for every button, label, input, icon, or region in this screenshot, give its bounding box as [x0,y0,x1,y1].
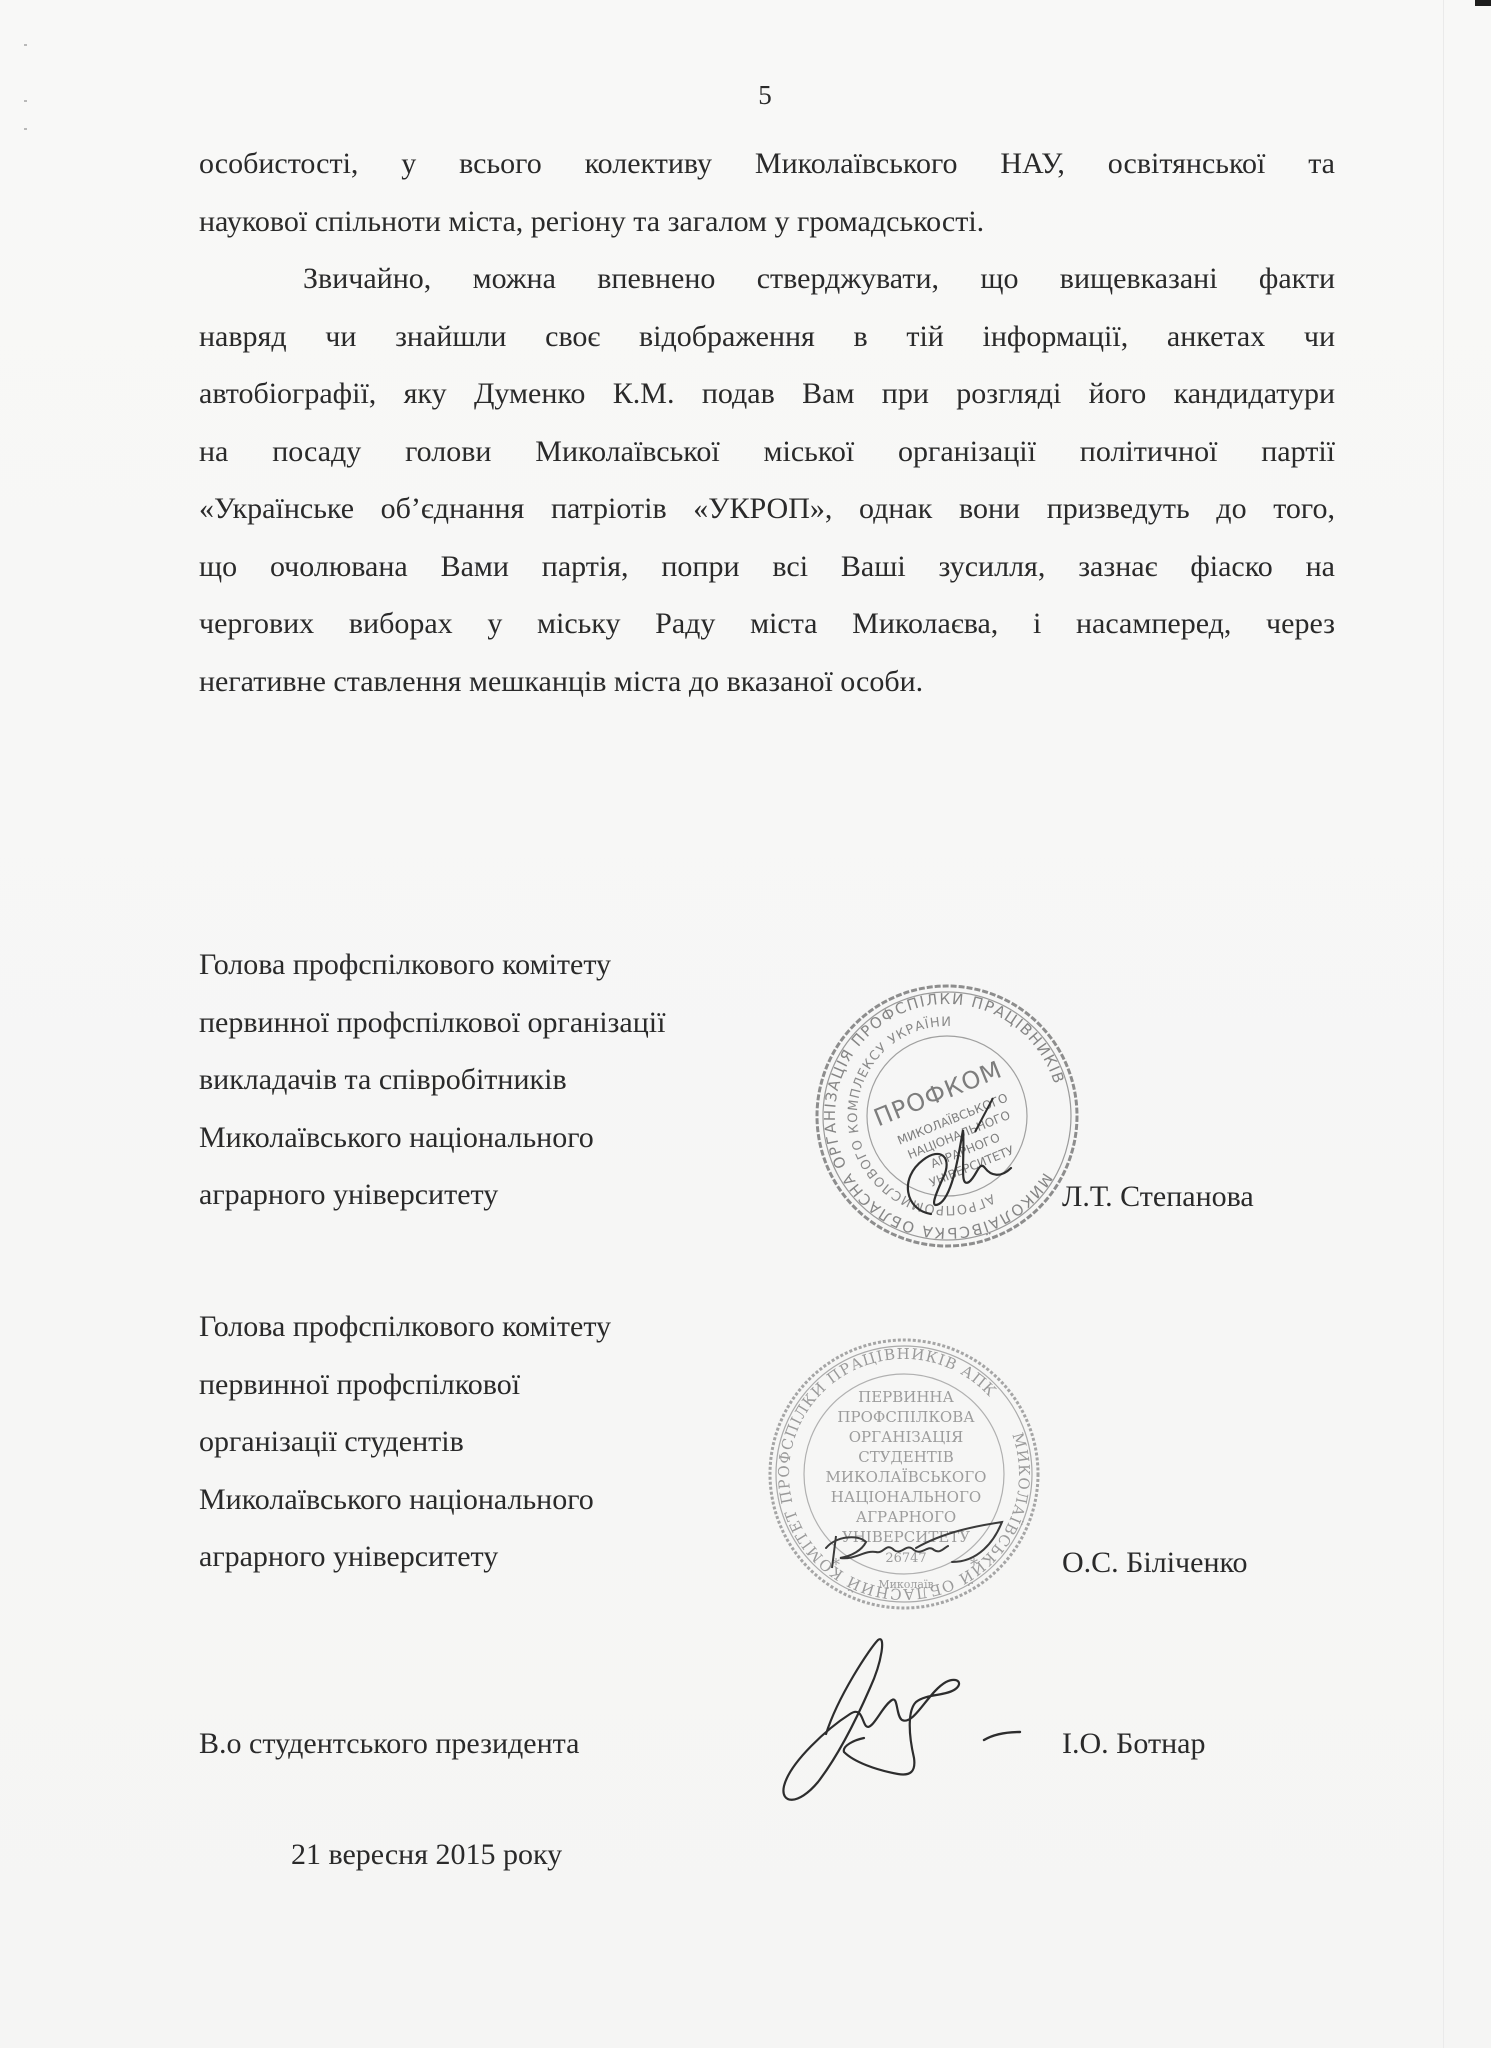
stamp-profkom-icon: МИКОЛАЇВСЬКА ОБЛАСНА ОРГАНІЗАЦІЯ ПРОФСПІ… [813,982,1081,1250]
svg-text:МИКОЛАЇВСЬКОГО: МИКОЛАЇВСЬКОГО [826,1468,987,1486]
margin-mark [24,128,27,130]
role-line: аграрного університету [199,1166,665,1224]
svg-text:УНІВЕРСИТЕТУ: УНІВЕРСИТЕТУ [842,1528,970,1546]
text-line: на посаду голови Миколаївської міської о… [199,423,1335,481]
role-line: Голова профспілкового комітету [199,936,665,994]
svg-text:26747: 26747 [885,1551,926,1566]
paragraph: особистості, у всього колективу Миколаїв… [199,135,1335,250]
signatory-name: І.О. Ботнар [1062,1715,1205,1773]
page-number: 5 [0,80,1491,110]
text-line: автобіографії, яку Думенко К.М. подав Ва… [199,365,1335,423]
text-line: чергових виборах у міську Раду міста Мик… [199,595,1335,653]
text-line: наукової спільноти міста, регіону та заг… [199,193,1335,251]
margin-mark [24,44,27,46]
svg-text:ПРОФСПІЛКОВА: ПРОФСПІЛКОВА [837,1408,975,1426]
signatory-role-student-union: Голова профспілкового комітету первинної… [199,1298,611,1586]
signatory-name: Л.Т. Степанова [1062,1168,1254,1226]
role-line: викладачів та співробітників [199,1051,665,1109]
scan-edge-strip [1475,0,1491,6]
role-line: Миколаївського національного [199,1471,611,1529]
signatory-role-staff-union: Голова профспілкового комітету первинної… [199,936,665,1224]
role-line: організації студентів [199,1413,611,1471]
role-line: аграрного університету [199,1528,611,1586]
svg-text:НАЦІОНАЛЬНОГО: НАЦІОНАЛЬНОГО [831,1488,981,1506]
signature-botnar-icon [758,1636,1038,1806]
text-line: особистості, у всього колективу Миколаїв… [199,135,1335,193]
svg-text:АГРАРНОГО: АГРАРНОГО [856,1508,956,1526]
text-line: «Українське об’єднання патріотів «УКРОП»… [199,480,1335,538]
signatory-name: О.С. Біліченко [1062,1534,1248,1592]
svg-text:СТУДЕНТІВ: СТУДЕНТІВ [858,1448,954,1466]
document-date: 21 вересня 2015 року [291,1835,562,1875]
svg-text:ПЕРВИННА: ПЕРВИННА [858,1388,954,1406]
svg-text:ОРГАНІЗАЦІЯ: ОРГАНІЗАЦІЯ [849,1428,964,1446]
role-line: В.о студентського президента [199,1715,579,1773]
role-line: первинної профспілкової організації [199,994,665,1052]
paragraph: Звичайно, можна впевнено стверджувати, щ… [199,250,1335,710]
scan-edge-line [1443,0,1444,2048]
role-line: Голова профспілкового комітету [199,1298,611,1356]
text-line: навряд чи знайшли своє відображення в ті… [199,308,1335,366]
role-line: Миколаївського національного [199,1109,665,1167]
stamp-student-union-icon: МИКОЛАЇВСЬКИЙ ОБЛАСНИЙ КОМІТЕТ ПРОФСПІЛК… [766,1336,1042,1612]
signatory-role-student-president: В.о студентського президента [199,1715,579,1773]
letter-body: особистості, у всього колективу Миколаїв… [199,135,1335,710]
svg-text:Миколаїв: Миколаїв [878,1578,933,1591]
document-page: 5 особистості, у всього колективу Микола… [0,0,1491,2048]
text-line: що очолювана Вами партія, попри всі Ваші… [199,538,1335,596]
text-line: негативне ставлення мешканців міста до в… [199,653,1335,711]
text-line: Звичайно, можна впевнено стверджувати, щ… [199,250,1335,308]
role-line: первинної профспілкової [199,1356,611,1414]
